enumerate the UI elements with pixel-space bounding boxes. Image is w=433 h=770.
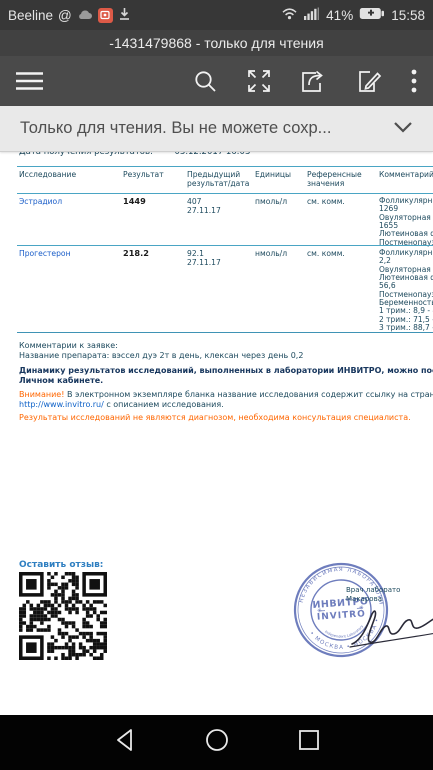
table-row: Эстрадиол 1449 407 27.11.17 пмоль/л см. … bbox=[0, 197, 433, 247]
table-header-row: Исследование Результат Предыдущий резуль… bbox=[0, 170, 433, 188]
table-rule-bottom bbox=[17, 332, 433, 333]
table-row: Прогестерон 218.2 92.1 27.11.17 нмоль/л … bbox=[0, 249, 433, 332]
readonly-banner-text: Только для чтения. Вы не можете сохр... bbox=[20, 119, 331, 138]
android-navbar bbox=[0, 715, 433, 770]
doctor-label: Врач лаборато Макарова bbox=[346, 586, 400, 603]
edit-button[interactable] bbox=[356, 69, 382, 94]
share-button[interactable] bbox=[300, 69, 327, 94]
document-view[interactable]: Дата получения результатов: 03.12.2017 1… bbox=[0, 152, 433, 715]
overflow-menu-button[interactable] bbox=[411, 69, 417, 93]
battery-percent-label: 41% bbox=[326, 8, 353, 23]
carrier-label: Beeline bbox=[8, 8, 53, 23]
disclaimer: Результаты исследований не являются диаг… bbox=[19, 413, 411, 423]
wifi-icon bbox=[281, 7, 298, 23]
comment-cell: Фолликулярная ф1269Овуляторная фаз1655Лю… bbox=[379, 197, 433, 247]
clock-label: 15:58 bbox=[391, 8, 425, 23]
download-icon bbox=[118, 7, 131, 24]
chevron-down-icon[interactable] bbox=[393, 119, 413, 138]
units: пмоль/л bbox=[255, 197, 307, 247]
col-header: Референсные значения bbox=[307, 170, 379, 188]
cloud-icon bbox=[77, 8, 93, 23]
table-rule bbox=[17, 245, 433, 246]
test-name-link[interactable]: Эстрадиол bbox=[19, 197, 123, 247]
notification-app-icon bbox=[98, 8, 113, 23]
fullscreen-button[interactable] bbox=[247, 69, 271, 93]
reference-values: см. комм. bbox=[307, 249, 379, 332]
units: нмоль/л bbox=[255, 249, 307, 332]
col-header: Предыдущий результат/дата bbox=[187, 170, 255, 188]
table-rule-top bbox=[17, 166, 433, 167]
toolbar bbox=[0, 56, 433, 106]
clipped-date-line: Дата получения результатов: 03.12.2017 1… bbox=[19, 152, 433, 158]
doctor-signature bbox=[348, 604, 433, 654]
dynamics-note-line2: Личном кабинете. bbox=[19, 376, 103, 386]
back-button[interactable] bbox=[113, 728, 137, 757]
invitro-link[interactable]: http://www.invitro.ru/ bbox=[19, 400, 104, 409]
result-value: 218.2 bbox=[123, 249, 187, 332]
attention-line2: http://www.invitro.ru/ с описанием иссле… bbox=[19, 400, 224, 410]
test-name-link[interactable]: Прогестерон bbox=[19, 249, 123, 332]
attention-line1: Внимание! В электронном экземпляре бланк… bbox=[19, 390, 433, 400]
comments-title: Комментарии к заявке: bbox=[19, 341, 118, 351]
col-header: Комментарий bbox=[379, 170, 433, 188]
dynamics-note-line1: Динамику результатов исследований, выпол… bbox=[19, 366, 433, 376]
document-title: -1431479868 - только для чтения bbox=[109, 35, 323, 51]
phone-screen: Beeline@ 41% 15:58 -1 bbox=[0, 0, 433, 770]
menu-button[interactable] bbox=[16, 71, 43, 91]
status-bar: Beeline@ 41% 15:58 bbox=[0, 0, 433, 30]
col-header: Результат bbox=[123, 170, 187, 188]
previous-result: 92.1 27.11.17 bbox=[187, 249, 255, 332]
qr-code bbox=[19, 572, 107, 660]
title-bar: -1431479868 - только для чтения bbox=[0, 30, 433, 56]
battery-charging-icon bbox=[359, 7, 385, 23]
recents-button[interactable] bbox=[297, 728, 321, 757]
signal-icon bbox=[304, 7, 320, 23]
result-value: 1449 bbox=[123, 197, 187, 247]
at-symbol: @ bbox=[58, 8, 72, 23]
comment-cell: Фолликулярная ф2,2Овуляторная фазЛютеино… bbox=[379, 249, 433, 332]
comments-body: Название препарата: вэссел дуэ 2т в день… bbox=[19, 351, 303, 361]
home-button[interactable] bbox=[205, 728, 229, 757]
col-header: Единицы bbox=[255, 170, 307, 188]
feedback-label: Оставить отзыв: bbox=[19, 560, 103, 570]
readonly-banner[interactable]: Только для чтения. Вы не можете сохр... bbox=[0, 106, 433, 152]
col-header: Исследование bbox=[19, 170, 123, 188]
search-button[interactable] bbox=[193, 69, 218, 94]
table-rule bbox=[17, 193, 433, 194]
reference-values: см. комм. bbox=[307, 197, 379, 247]
previous-result: 407 27.11.17 bbox=[187, 197, 255, 247]
